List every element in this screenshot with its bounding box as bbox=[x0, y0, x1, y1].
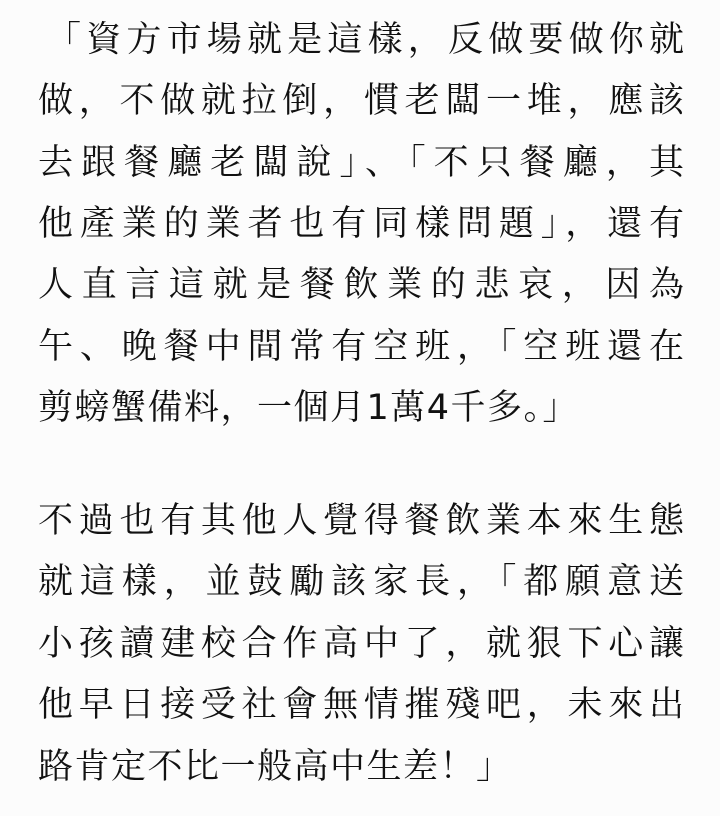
text-line: 「資方市場就是這樣，反做要做你就 bbox=[46, 15, 684, 65]
text-line: 剪螃蟹備料，一個月1萬4千多。」 bbox=[38, 383, 684, 433]
text-line: 不過也有其他人覺得餐飲業本來生態 bbox=[38, 496, 684, 546]
text-line: 小孩讀建校合作高中了，就狠下心讓 bbox=[38, 619, 684, 669]
text-line: 路肯定不比一般高中生差！」 bbox=[38, 742, 684, 792]
text-line: 人直言這就是餐飲業的悲哀，因為 bbox=[38, 260, 684, 310]
text-line: 他產業的業者也有同樣問題」，還有 bbox=[38, 199, 684, 249]
text-line: 他早日接受社會無情摧殘吧，未來出 bbox=[38, 680, 684, 730]
text-line: 去跟餐廳老闆說」、「不只餐廳，其 bbox=[38, 138, 684, 188]
text-line: 午、晚餐中間常有空班，「空班還在 bbox=[38, 322, 684, 372]
text-line: 做，不做就拉倒，慣老闆一堆，應該 bbox=[38, 76, 684, 126]
text-line: 就這樣，並鼓勵該家長，「都願意送 bbox=[38, 557, 684, 607]
article-page: 「資方市場就是這樣，反做要做你就 做，不做就拉倒，慣老闆一堆，應該 去跟餐廳老闆… bbox=[0, 0, 720, 816]
